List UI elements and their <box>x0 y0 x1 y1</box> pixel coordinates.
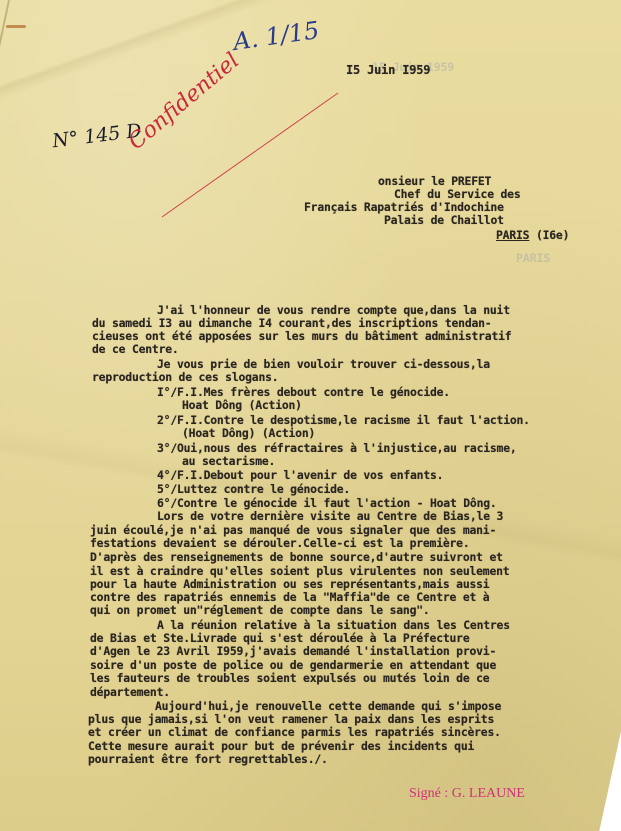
recipient-district: (I6e) <box>529 228 569 242</box>
body-line: D'après des renseignements de bonne sour… <box>90 551 503 564</box>
letter-date: I5 Juin I959 <box>346 64 430 77</box>
slogan-item: 5°/Luttez contre le génocide. <box>157 483 350 496</box>
body-line: qui on promet un"réglement de compte dan… <box>90 604 430 617</box>
slogan-item-continuation: Hoat Dông (Action) <box>182 399 302 412</box>
slogan-item-continuation: au sectarisme. <box>182 455 275 468</box>
body-line: festations devaient se dérouler.Celle-ci… <box>90 537 470 550</box>
recipient-ghost-city: PARIS <box>516 251 550 265</box>
recipient-city-line: PARIS (I6e) <box>496 229 569 242</box>
rust-stain <box>6 25 26 28</box>
signature-stamp: Signé : G. LEAUNE <box>409 786 525 802</box>
body-line: les fauteurs de troubles soient expulsés… <box>90 672 489 685</box>
body-line: reproduction de ces slogans. <box>92 371 278 384</box>
slogan-item: 4°/F.I.Debout pour l'avenir de vos enfan… <box>157 469 443 482</box>
body-line: d'Agen le 23 Avril I959,j'avais demandé … <box>90 645 496 658</box>
body-line: pourraient être fort regrettables./. <box>88 753 328 766</box>
body-line: et créer un climat de confiance parmis l… <box>88 726 501 739</box>
recipient-line-4: Palais de Chaillot <box>384 214 504 227</box>
body-line: département. <box>90 686 170 699</box>
slogan-item-continuation: (Hoat Dông) (Action) <box>182 427 315 440</box>
body-line: Lors de votre dernière visite au Centre … <box>157 510 503 523</box>
recipient-city: PARIS <box>496 228 529 242</box>
body-line: de ce Centre. <box>92 343 179 356</box>
